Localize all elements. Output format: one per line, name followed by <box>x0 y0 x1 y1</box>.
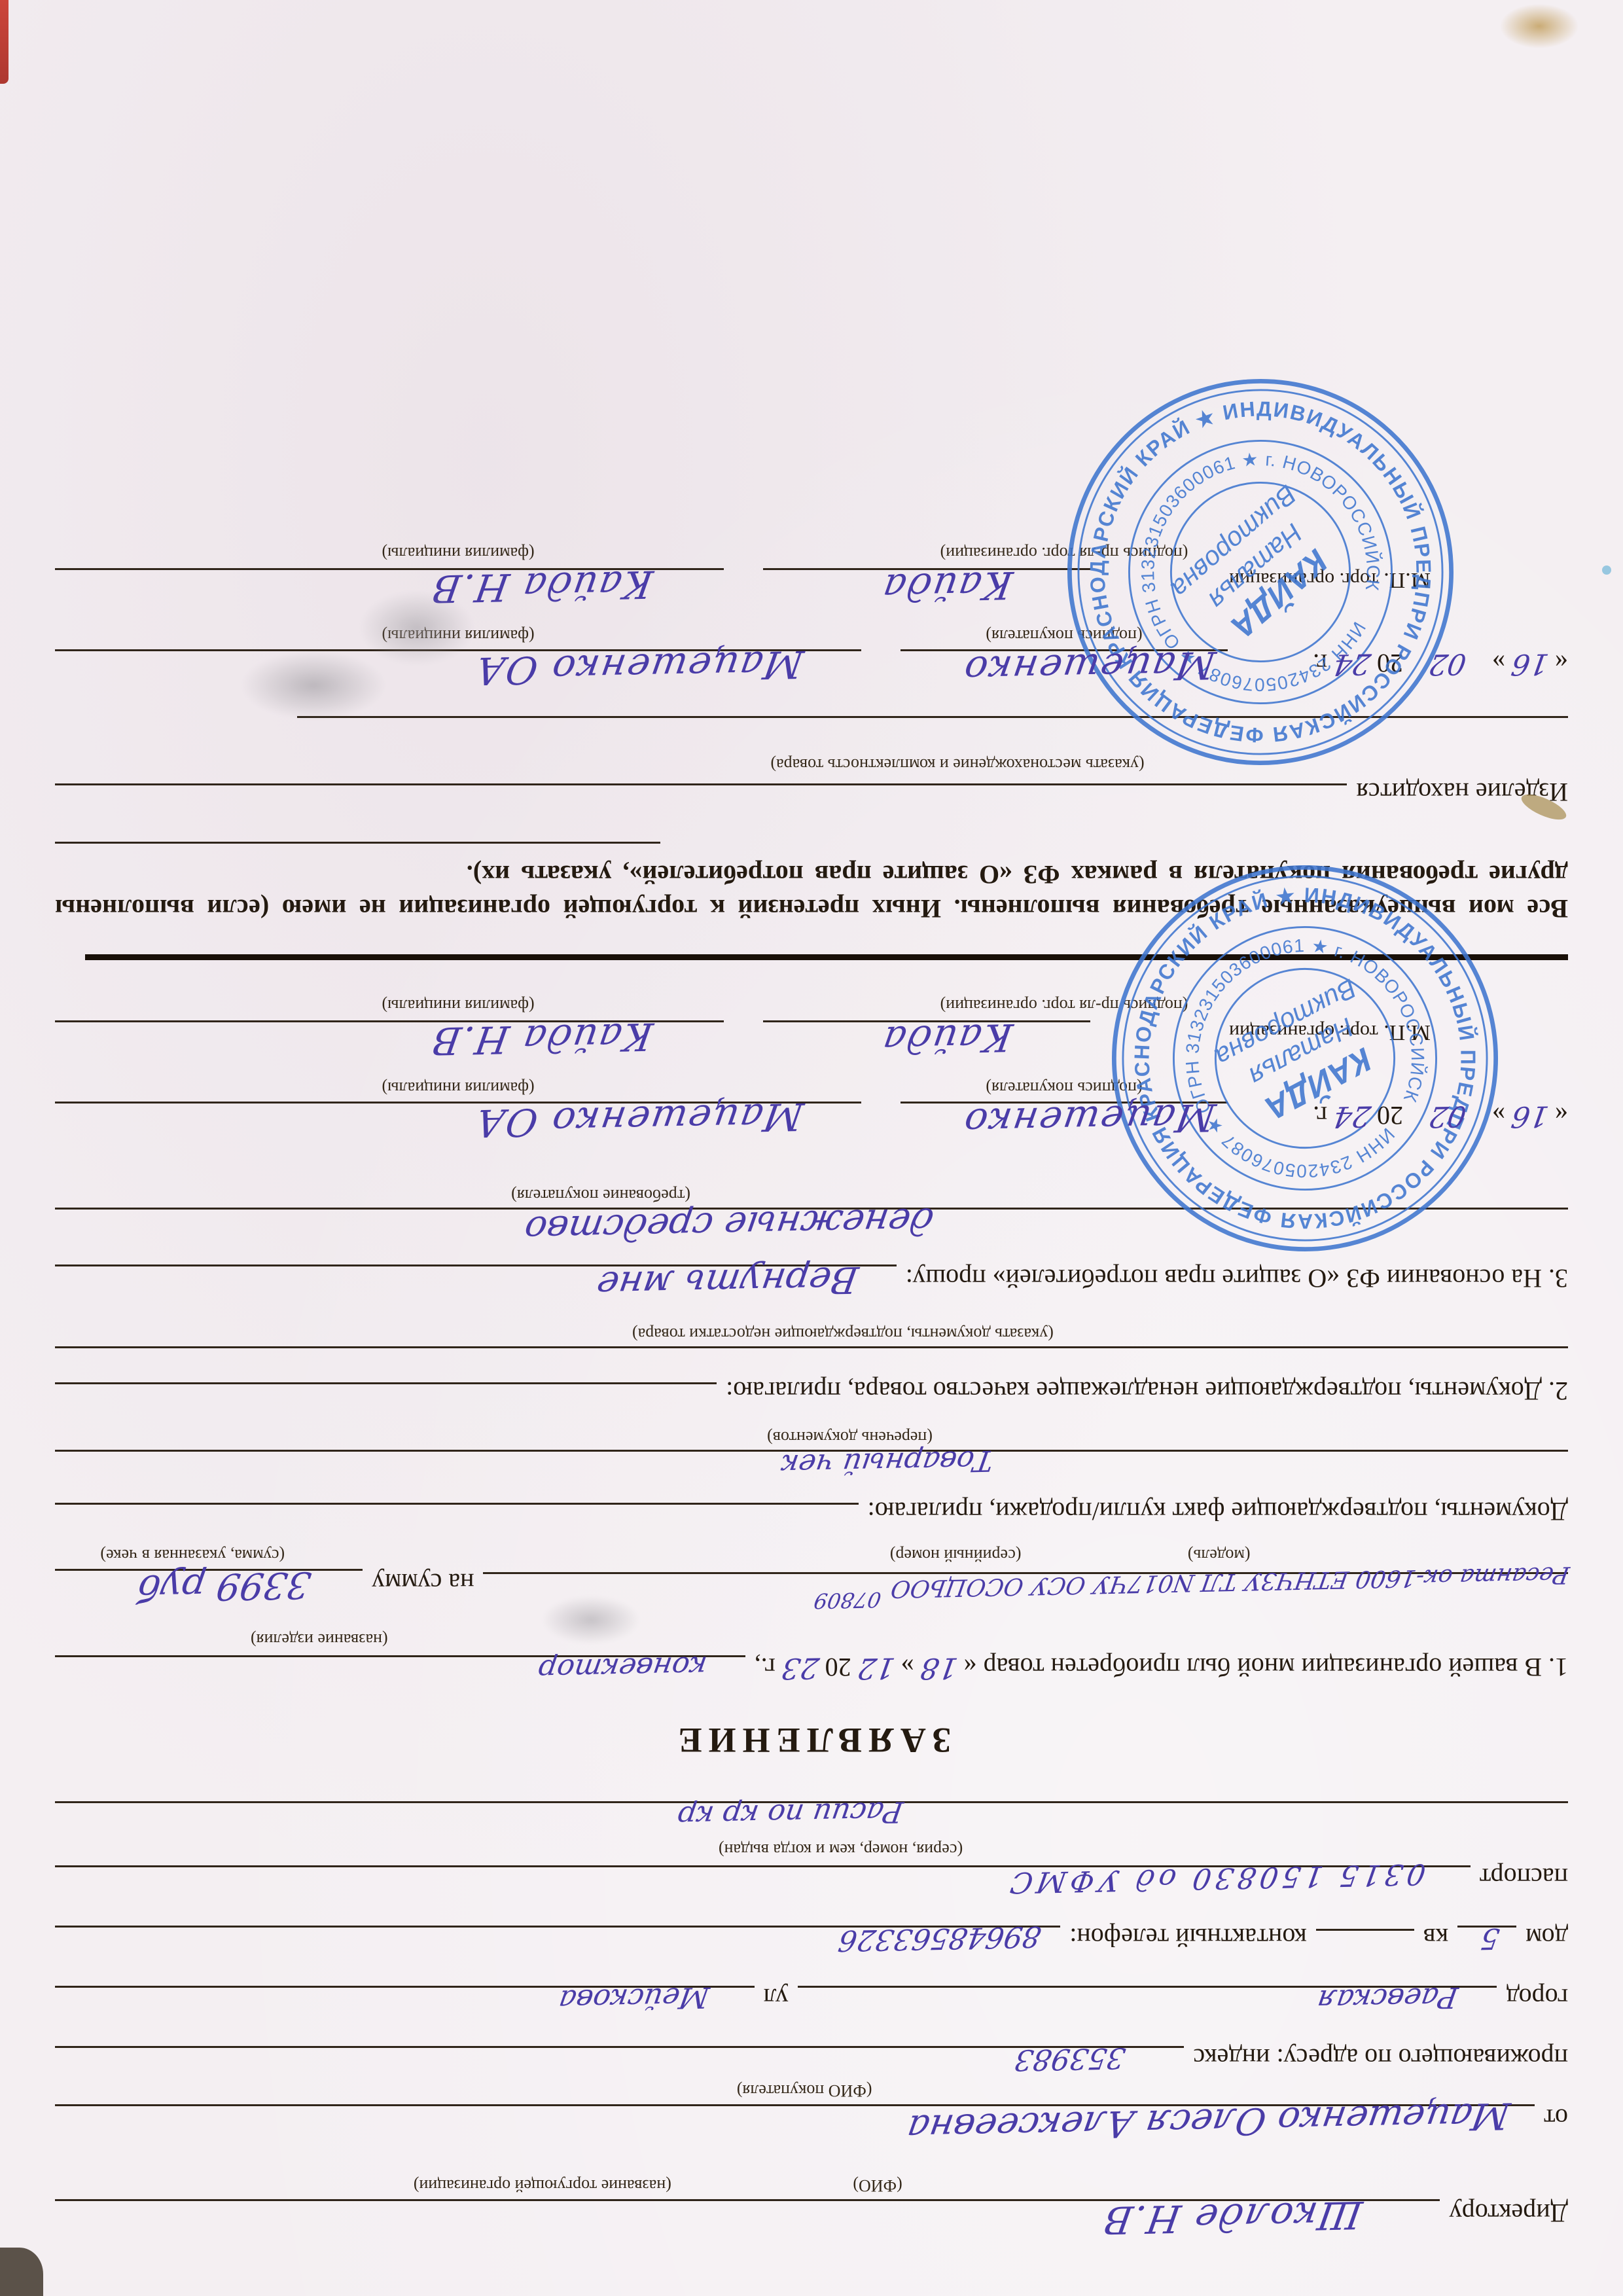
passport-line: 0315 150830 од УФМС <box>55 1865 1471 1895</box>
location-row: Изделие находится <box>55 777 1568 808</box>
sig1-year-suffix: г. <box>1313 1100 1327 1131</box>
demand-label: 3. На основании ФЗ «О защите прав потреб… <box>897 1263 1568 1294</box>
docs-handwriting: Товарный чек <box>779 1444 996 1482</box>
sig1-buyer-name-note: (фамилия инициалы) <box>55 1078 861 1098</box>
blank-line <box>297 716 1568 727</box>
sig1-day-handwriting: 16 <box>1509 1099 1551 1133</box>
sig1-notes-seller: (подпись пр-ля торг. организации) (фамил… <box>55 996 1568 1016</box>
sig2-mp-line1: М.П. <box>1383 565 1431 594</box>
model-serial-line: Ресанта ок-1600 ЕТНЧЗУ ТЛ N017ЧУ ОСУ ОСО… <box>483 1572 1568 1595</box>
sig2-seller-name-note: (фамилия инициалы) <box>55 543 861 563</box>
residing-label: проживающего по адресу: индекс <box>1184 2043 1568 2073</box>
city-row: город Раевская ул Мейскова <box>55 1982 1568 2015</box>
house-line: 5 <box>1457 1926 1516 1955</box>
sig1-seller-signature: Кайда <box>878 1015 1015 1062</box>
passport-row: паспорт 0315 150830 од УФМС <box>55 1862 1568 1895</box>
demand-handwriting-2: денежные средство <box>521 1199 936 1250</box>
sum-label: на сумму <box>363 1568 483 1598</box>
sig2-year-prefix: 20 <box>1377 648 1403 679</box>
address-row: проживающего по адресу: индекс 353983 <box>55 2043 1568 2075</box>
sig2-buyer-name-line: Мацешенко ОА <box>55 649 861 690</box>
director-label: Директору <box>1440 2198 1568 2229</box>
passport-note: (серия, номер, кем и когда выдан) <box>719 1840 963 1859</box>
sig2-buyer-sig-note: (подпись покупателя) <box>901 626 1228 645</box>
apt-label: кв <box>1414 1922 1457 1953</box>
sig1-buyer-signature: Мацешенко <box>959 1095 1219 1145</box>
demand-row: 3. На основании ФЗ «О защите прав потреб… <box>55 1263 1568 1303</box>
house-row: дом 5 кв контактный телефон: 89648563326 <box>55 1922 1568 1955</box>
purchase-day-handwriting: 18 <box>918 1651 960 1685</box>
docs-line2: Товарный чек <box>55 1450 1568 1479</box>
purchase-row: 1. В вашей организации мной был приобрет… <box>55 1652 1568 1685</box>
sig2-seller-sig-note: (подпись пр-ля торг. организации) <box>901 543 1228 563</box>
purchase-prefix: 1. В вашей организации мной был приобрет… <box>964 1652 1568 1683</box>
buyer-fio-note: (ФИО покупателя) <box>737 2081 872 2100</box>
location-line <box>55 783 1347 795</box>
docs-line <box>55 1503 859 1514</box>
passport-line2: Расии по кр кр <box>55 1801 1568 1831</box>
director-line: Школде Н.В <box>55 2199 1440 2240</box>
passport-notes: (серия, номер, кем и когда выдан) <box>55 1840 1568 1859</box>
purchase-year-handwriting: 23 <box>779 1651 821 1685</box>
separator-line <box>85 955 1568 961</box>
from-row: от Мацешенко Олеся Алексеевна <box>55 2103 1568 2143</box>
sig1-seller-name-line: Кайда Н.В <box>55 1020 724 1061</box>
model-serial-notes: (модель) (серийный номер) (сумма, указан… <box>55 1545 1568 1565</box>
model-serial-row: Ресанта ок-1600 ЕТНЧЗУ ТЛ N017ЧУ ОСУ ОСО… <box>55 1568 1568 1607</box>
sum-note: (сумма, указанная в чеке) <box>100 1545 285 1565</box>
sig2-date: « 16 » 02 20 24 г. <box>1228 648 1568 681</box>
purchase-year-prefix: 20 <box>825 1652 851 1683</box>
sig1-mp-label: М.П. торг. организации <box>1090 1018 1568 1047</box>
docs-notes: (перечень документов) <box>55 1427 1568 1447</box>
sig1-year-handwriting: 24 <box>1331 1099 1373 1133</box>
blank-row <box>55 716 1568 727</box>
demand-handwriting-1: Вернуть мне <box>594 1258 861 1306</box>
sig1-seller-sig-note: (подпись пр-ля торг. организации) <box>901 996 1228 1016</box>
purchase-month-handwriting: 12 <box>855 1651 897 1685</box>
director-name-handwriting: Школде Н.В <box>1099 2193 1365 2242</box>
docs-row2: Товарный чек <box>55 1450 1568 1479</box>
apt-line <box>1316 1929 1414 1940</box>
sig2-notes-seller: (подпись пр-ля торг. организации) (фамил… <box>55 543 1568 563</box>
sig2-buyer-name-note: (фамилия инициалы) <box>55 626 861 645</box>
phone-label: контактный телефон: <box>1060 1922 1315 1953</box>
sig2-seller-name: Кайда Н.В <box>428 562 656 611</box>
sig2-buyer-signature-line: Мацешенко <box>901 649 1228 690</box>
sig2-quote-close: » <box>1492 648 1505 679</box>
sig2-seller-name-line: Кайда Н.В <box>55 568 724 609</box>
sig1-seller-name-note: (фамилия инициалы) <box>55 996 861 1016</box>
sig1-year-prefix: 20 <box>1377 1100 1403 1131</box>
docs-row: Документы, подтверждающие факт купли/про… <box>55 1496 1568 1527</box>
scanned-claim-document: Директору Школде Н.В (ФИО) (название тор… <box>0 0 1623 2296</box>
org-note: (название торгующей организации) <box>414 2176 671 2195</box>
passport-handwriting: 0315 150830 од УФМС <box>1004 1857 1427 1899</box>
house-number-handwriting: 5 <box>1478 1922 1502 1956</box>
sig2-mp-line2: торг. организации <box>1229 567 1378 592</box>
item-name-handwriting: конвектор <box>535 1649 709 1686</box>
sig1-mp-line2: торг. организации <box>1229 1020 1378 1045</box>
page-title: ЗАЯВЛЕНИЕ <box>55 1720 1568 1761</box>
location-label: Изделие находится <box>1347 777 1568 808</box>
demand-line2: денежные средство <box>55 1208 1568 1246</box>
city-line: Раевская <box>798 1986 1497 2015</box>
index-line: 353983 <box>55 2046 1184 2075</box>
sum-handwriting: 3399 руб <box>135 1563 314 1609</box>
defect-row2 <box>55 1346 1568 1357</box>
demand-line: Вернуть мне <box>55 1265 897 1303</box>
defect-note: (указать документы, подтверждающие недос… <box>632 1324 1054 1344</box>
sig1-quote-open: « <box>1555 1100 1568 1131</box>
city-handwriting: Раевская <box>1315 1981 1460 2017</box>
defect-row: 2. Документы, подтверждающие ненадлежаще… <box>55 1376 1568 1407</box>
director-notes: (ФИО) (название торгующей организации) <box>55 2176 1568 2195</box>
sig2-buyer-name: Мацешенко ОА <box>471 642 806 693</box>
sig2-quote-open: « <box>1555 648 1568 679</box>
sig2-seller-signature: Кайда <box>878 563 1015 610</box>
sig2-buyer-signature: Мацешенко <box>959 643 1219 692</box>
city-label: город <box>1497 1982 1568 2013</box>
passport-row2: Расии по кр кр <box>55 1801 1568 1831</box>
sig2-year-handwriting: 24 <box>1331 647 1373 681</box>
sig1-mp-line1: М.П. <box>1383 1018 1431 1047</box>
location-notes: (указать местонахождение и комплектность… <box>55 755 1568 774</box>
sig2-month-handwriting: 02 <box>1427 647 1469 681</box>
signature-block-2: РОССИЙСКАЯ ФЕДЕРАЦИЯ КРАСНОДАРСКИЙ КРАЙ … <box>55 543 1568 690</box>
fio-note: (ФИО) <box>853 2176 902 2195</box>
sig2-notes-buyer: (подпись покупателя) (фамилия инициалы) <box>55 626 1568 645</box>
house-label: дом <box>1516 1922 1568 1953</box>
sig1-date: « 16 » 02 20 24 г. <box>1228 1100 1568 1133</box>
sig1-buyer-sig-note: (подпись покупателя) <box>901 1078 1228 1098</box>
demand-note: (требование покупателя) <box>511 1185 690 1205</box>
serial-extra-handwriting: 07809 <box>812 1587 883 1613</box>
phone-line: 89648563326 <box>55 1926 1060 1955</box>
item-name-note: (название изделия) <box>251 1630 388 1649</box>
location-note: (указать местонахождение и комплектность… <box>770 755 1144 774</box>
sig1-buyer-signature-line: Мацешенко <box>901 1102 1228 1142</box>
sig2-row-seller: М.П. торг. организации Кайда Кайда Н.В <box>55 565 1568 609</box>
phone-handwriting: 89648563326 <box>836 1920 1044 1957</box>
director-row: Директору Школде Н.В <box>55 2198 1568 2240</box>
claim-form-page: Директору Школде Н.В (ФИО) (название тор… <box>0 0 1623 2296</box>
paragraph-tail-row <box>55 842 1568 853</box>
sig1-seller-name: Кайда Н.В <box>428 1014 656 1063</box>
defect-line <box>55 1382 717 1393</box>
sig1-month-handwriting: 02 <box>1427 1099 1469 1133</box>
item-name-line: конвектор <box>55 1655 745 1685</box>
item-notes: (название изделия) <box>55 1630 1568 1649</box>
postal-index-handwriting: 353983 <box>1012 2041 1128 2077</box>
sig1-row-buyer: « 16 » 02 20 24 г. Мацешенко Мацешенко О… <box>55 1100 1568 1142</box>
from-label: от <box>1535 2103 1568 2134</box>
sig2-day-handwriting: 16 <box>1509 647 1551 681</box>
sig1-seller-signature-line: Кайда <box>763 1020 1090 1061</box>
sum-line: 3399 руб <box>55 1569 363 1607</box>
buyer-name-handwriting: Мацешенко Олеся Алексеевна <box>904 2094 1512 2149</box>
defect-line2 <box>55 1346 1568 1357</box>
defect-label: 2. Документы, подтверждающие ненадлежаще… <box>717 1376 1568 1407</box>
passport-issuer-handwriting: Расии по кр кр <box>675 1795 905 1833</box>
closing-paragraph: Все мои вышеуказанные требования выполне… <box>55 857 1568 926</box>
sig1-quote-close: » <box>1492 1100 1505 1131</box>
street-line: Мейскова <box>55 1986 755 2015</box>
sig2-year-suffix: г. <box>1313 648 1327 679</box>
passport-label: паспорт <box>1471 1862 1568 1893</box>
model-serial-handwriting: Ресанта ок-1600 ЕТНЧЗУ ТЛ N017ЧУ ОСУ ОСО… <box>889 1561 1571 1602</box>
purchase-quote: » <box>901 1652 914 1683</box>
sig1-buyer-name: Мацешенко ОА <box>471 1094 806 1145</box>
paragraph-tail-line <box>55 842 660 853</box>
sig2-row-buyer: « 16 » 02 20 24 г. Мацешенко Мацешенко О… <box>55 648 1568 690</box>
docs-note: (перечень документов) <box>767 1427 933 1447</box>
serial-note: (серийный номер) <box>890 1545 1022 1565</box>
street-label: ул <box>755 1982 798 2013</box>
demand-row2: денежные средство <box>55 1208 1568 1246</box>
sig1-notes-buyer: (подпись покупателя) (фамилия инициалы) <box>55 1078 1568 1098</box>
docs-label: Документы, подтверждающие факт купли/про… <box>859 1496 1568 1527</box>
street-handwriting: Мейскова <box>556 1981 711 2017</box>
from-line: Мацешенко Олеся Алексеевна <box>55 2104 1535 2143</box>
signature-block-1: РОССИЙСКАЯ ФЕДЕРАЦИЯ КРАСНОДАРСКИЙ КРАЙ … <box>55 996 1568 1143</box>
purchase-year-suffix: г., <box>745 1652 776 1683</box>
model-note: (модель) <box>1188 1545 1251 1565</box>
sig1-row-seller: М.П. торг. организации Кайда Кайда Н.В <box>55 1018 1568 1062</box>
sig2-seller-signature-line: Кайда <box>763 568 1090 609</box>
defect-notes: (указать документы, подтверждающие недос… <box>55 1324 1568 1344</box>
sig2-mp-label: М.П. торг. организации <box>1090 565 1568 594</box>
sig1-buyer-name-line: Мацешенко ОА <box>55 1102 861 1142</box>
